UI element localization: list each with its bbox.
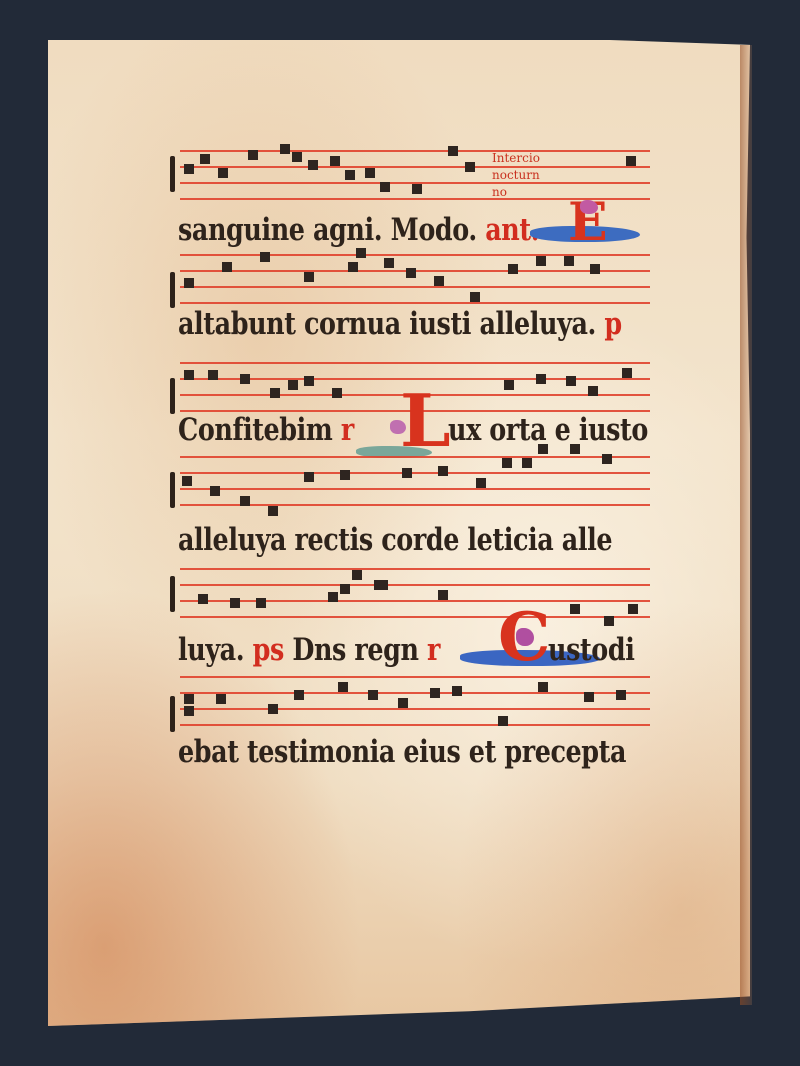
note	[465, 162, 475, 172]
chant-text: Confitebim	[178, 412, 332, 448]
note	[280, 144, 290, 154]
note	[368, 690, 378, 700]
note	[338, 682, 348, 692]
note	[522, 458, 532, 468]
illuminated-initial-c: C	[498, 598, 551, 676]
note	[288, 380, 298, 390]
music-staff-5	[180, 568, 650, 616]
note	[498, 716, 508, 726]
chant-text-line-6: ebat testimonia eius et precepta	[178, 734, 626, 770]
note	[476, 478, 486, 488]
chant-text-line-5: luya. ps Dns regn r	[178, 632, 440, 668]
rubric-text: p	[604, 306, 621, 342]
note	[348, 262, 358, 272]
note	[210, 486, 220, 496]
music-staff-4	[180, 456, 650, 504]
note	[402, 468, 412, 478]
rubric-heading-line: nocturn	[492, 167, 540, 184]
note	[198, 594, 208, 604]
music-staff-2	[180, 254, 650, 302]
note	[604, 616, 614, 626]
note	[208, 370, 218, 380]
chant-text: luya.	[178, 632, 244, 668]
note	[260, 252, 270, 262]
chant-text: ux orta e iusto	[448, 412, 648, 448]
clef-icon	[170, 576, 175, 612]
clef-icon	[170, 378, 175, 414]
note	[268, 704, 278, 714]
chant-text-line-3-continued: ux orta e iusto	[448, 412, 648, 448]
note	[340, 584, 350, 594]
note	[538, 444, 548, 454]
note	[616, 690, 626, 700]
note	[352, 570, 362, 580]
clef-icon	[170, 272, 175, 308]
rubric-text: r	[427, 632, 440, 668]
music-staff-1	[180, 150, 650, 198]
note	[218, 168, 228, 178]
note	[570, 604, 580, 614]
chant-text: alleluya rectis corde leticia alle	[178, 522, 612, 558]
note	[184, 164, 194, 174]
rubric-heading-line: no	[492, 184, 540, 201]
note	[566, 376, 576, 386]
note	[602, 454, 612, 464]
note	[356, 248, 366, 258]
note	[504, 380, 514, 390]
note	[434, 276, 444, 286]
chant-text: Dns regn	[292, 632, 418, 668]
note	[328, 592, 338, 602]
note	[406, 268, 416, 278]
chant-text-line-3: Confitebim r	[178, 412, 354, 448]
note	[508, 264, 518, 274]
note	[240, 374, 250, 384]
note	[184, 370, 194, 380]
note	[330, 156, 340, 166]
pink-flower-decoration	[580, 200, 598, 214]
clef-icon	[170, 696, 175, 732]
note	[536, 374, 546, 384]
clef-icon	[170, 156, 175, 192]
note	[470, 292, 480, 302]
note	[538, 682, 548, 692]
note	[452, 686, 462, 696]
note	[564, 256, 574, 266]
note	[430, 688, 440, 698]
note	[332, 388, 342, 398]
note	[240, 496, 250, 506]
note	[270, 388, 280, 398]
note	[268, 506, 278, 516]
note	[626, 156, 636, 166]
chant-text-line-1: sanguine agni. Modo. ant.	[178, 212, 539, 248]
note	[230, 598, 240, 608]
note	[304, 272, 314, 282]
note	[448, 146, 458, 156]
note	[365, 168, 375, 178]
rubric-heading: Intercio nocturn no	[492, 150, 540, 201]
note	[200, 154, 210, 164]
rubric-text: ps	[253, 632, 284, 668]
chant-text-line-2: altabunt cornua iusti alleluya. p	[178, 306, 622, 342]
note	[345, 170, 355, 180]
chant-text: sanguine agni. Modo.	[178, 212, 477, 248]
note	[502, 458, 512, 468]
note	[622, 368, 632, 378]
note	[412, 184, 422, 194]
illuminated-initial-l: L	[400, 378, 451, 463]
note	[184, 694, 194, 704]
clef-icon	[170, 472, 175, 508]
note	[384, 258, 394, 268]
note	[438, 590, 448, 600]
note	[216, 694, 226, 704]
note	[536, 256, 546, 266]
note	[588, 386, 598, 396]
chant-text: ebat testimonia eius et precepta	[178, 734, 626, 770]
note	[380, 182, 390, 192]
note	[304, 472, 314, 482]
note	[378, 580, 388, 590]
note	[184, 278, 194, 288]
note	[570, 444, 580, 454]
note	[294, 690, 304, 700]
music-staff-6	[180, 676, 650, 724]
chant-text-line-5-continued: ustodi	[548, 632, 634, 668]
note	[438, 466, 448, 476]
note	[628, 604, 638, 614]
note	[292, 152, 302, 162]
chant-text: altabunt cornua iusti alleluya.	[178, 306, 596, 342]
note	[184, 706, 194, 716]
note	[398, 698, 408, 708]
note	[304, 376, 314, 386]
rubric-text: r	[341, 412, 354, 448]
rubric-heading-line: Intercio	[492, 150, 540, 167]
note	[182, 476, 192, 486]
note	[590, 264, 600, 274]
note	[584, 692, 594, 702]
chant-text: ustodi	[548, 632, 634, 668]
note	[340, 470, 350, 480]
note	[248, 150, 258, 160]
leaf-torn-edge	[740, 45, 752, 1005]
note	[222, 262, 232, 272]
note	[256, 598, 266, 608]
note	[308, 160, 318, 170]
chant-text-line-4: alleluya rectis corde leticia alle	[178, 522, 612, 558]
